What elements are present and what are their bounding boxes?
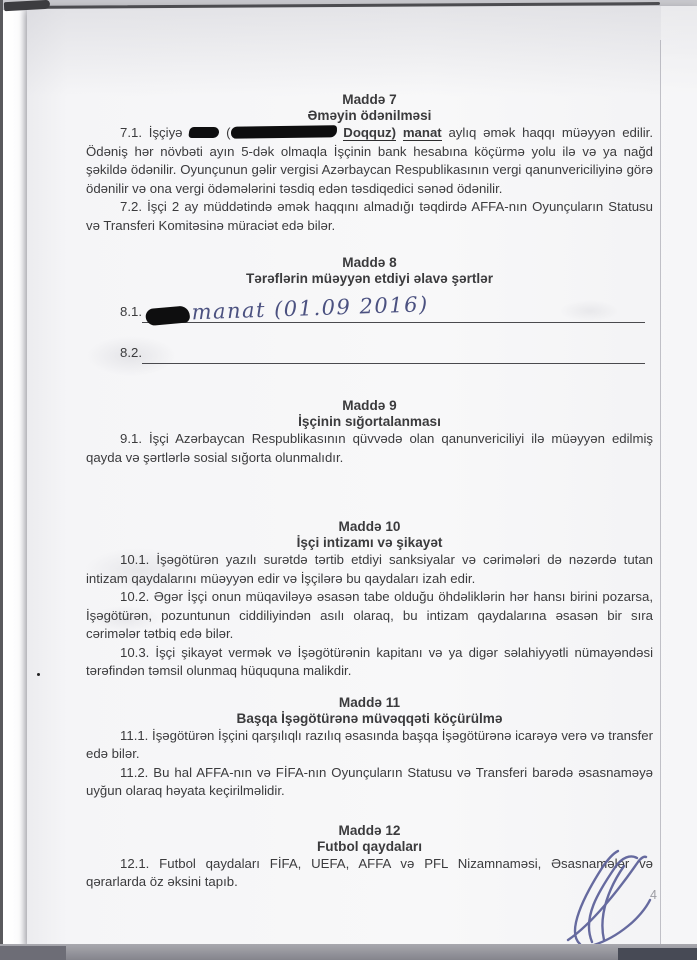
clause-10-1: 10.1. İşəgötürən yazılı surətdə tərtib e…: [86, 551, 653, 588]
article-10: Maddə 10 İşçi intizamı və şikayət 10.1. …: [86, 519, 653, 681]
handwritten-entry: manat (01.09 2016): [145, 295, 429, 325]
clause-8-1-row: 8.1. manat (01.09 2016): [86, 293, 653, 323]
article-12-heading: Maddə 12: [86, 823, 653, 839]
fill-in-line: [142, 363, 645, 364]
clause-8-1-label: 8.1.: [120, 303, 142, 322]
article-10-heading: Maddə 10: [86, 519, 653, 535]
clause-7-1-lead: 7.1. İşçiyə: [120, 125, 183, 140]
scanner-edge-bottom: [0, 944, 697, 960]
clause-10-3: 10.3. İşçi şikayət vermək və İşəgötürəni…: [86, 644, 653, 681]
page-number: 4: [650, 888, 657, 902]
article-9-subheading: İşçinin sığortalanması: [86, 414, 653, 430]
open-paren: (: [226, 125, 230, 140]
clause-8-2-label: 8.2.: [120, 344, 142, 363]
article-8-subheading: Tərəflərin müəyyən etdiyi əlavə şərtlər: [86, 271, 653, 287]
article-11-heading: Maddə 11: [86, 695, 653, 711]
underlined-amount-word: Doqquz): [343, 125, 396, 141]
scanner-shadow-left: [0, 946, 66, 960]
clause-7-1: 7.1. İşçiyə ( Doqquz) manat aylıq əmək h…: [86, 124, 653, 198]
article-8: Maddə 8 Tərəflərin müəyyən etdiyi əlavə …: [86, 255, 653, 364]
contract-text: Maddə 7 Əməyin ödənilməsi 7.1. İşçiyə ( …: [86, 92, 653, 892]
article-9-heading: Maddə 9: [86, 398, 653, 414]
article-7-heading: Maddə 7: [86, 92, 653, 108]
scanner-shadow-right: [618, 948, 697, 960]
redaction-mark: [145, 305, 190, 326]
redaction-mark: [230, 125, 336, 138]
underlined-currency-word: manat: [403, 125, 442, 141]
clause-7-2: 7.2. İşçi 2 ay müddətində əmək haqqını a…: [86, 198, 653, 235]
article-7-subheading: Əməyin ödənilməsi: [86, 108, 653, 124]
article-11-subheading: Başqa İşəgötürənə müvəqqəti köçürülmə: [86, 711, 653, 727]
clause-11-1: 11.1. İşəgötürən İşçini qarşılıqlı razıl…: [86, 727, 653, 764]
article-7: Maddə 7 Əməyin ödənilməsi 7.1. İşçiyə ( …: [86, 92, 653, 235]
clause-9-1: 9.1. İşçi Azərbaycan Respublikasının qüv…: [86, 430, 653, 467]
clause-11-2: 11.2. Bu hal AFFA-nın və FİFA-nın Oyunçu…: [86, 764, 653, 801]
article-10-subheading: İşçi intizamı və şikayət: [86, 535, 653, 551]
article-9: Maddə 9 İşçinin sığortalanması 9.1. İşçi…: [86, 398, 653, 467]
clause-8-2-row: 8.2.: [86, 347, 653, 364]
article-11: Maddə 11 Başqa İşəgötürənə müvəqqəti köç…: [86, 695, 653, 801]
page-right-margin: [661, 6, 697, 944]
handwritten-text: manat (01.09 2016): [191, 292, 429, 324]
article-8-heading: Maddə 8: [86, 255, 653, 271]
ink-dot: [37, 673, 40, 676]
clause-10-2: 10.2. Əgər İşçi onun müqaviləyə əsasən t…: [86, 588, 653, 644]
underlying-page-edge: [3, 10, 27, 946]
redaction-mark: [189, 127, 221, 138]
